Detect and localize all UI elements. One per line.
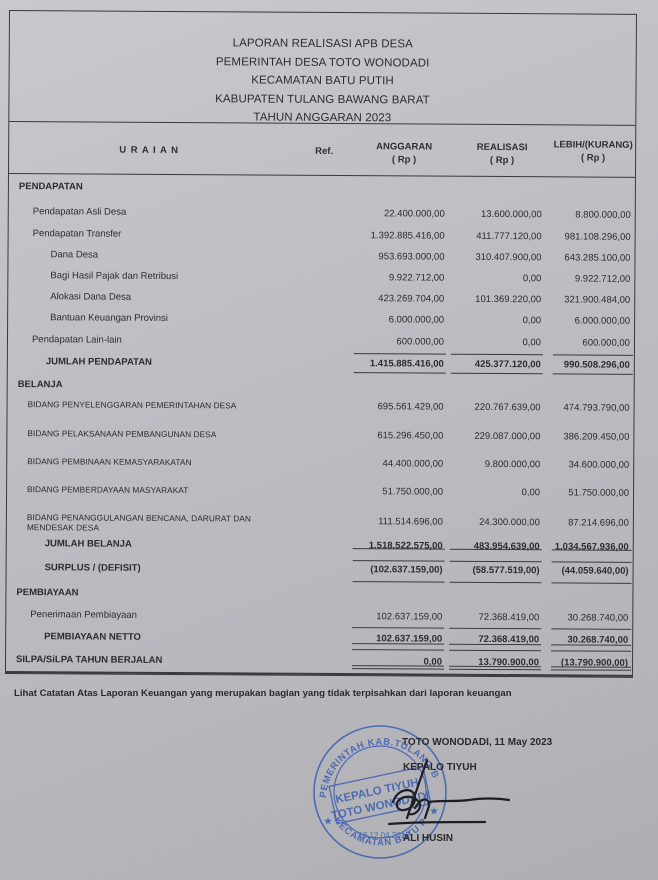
- cell-realisasi: 0,00: [522, 337, 541, 348]
- cell-anggaran: 953.693.000,00: [378, 251, 444, 262]
- signature-place-date: TOTO WONODADI, 11 May 2023: [402, 737, 552, 748]
- header-realisasi: REALISASI ( Rp ): [457, 141, 547, 168]
- total-row: JUMLAH PENDAPATAN1.415.885.416,00425.377…: [8, 356, 634, 360]
- cell-lebih: 30.268.740,00: [567, 612, 628, 623]
- header-lebih-unit: ( Rp ): [547, 151, 639, 165]
- total-underline: [451, 354, 543, 356]
- section-header-row: PENDAPATAN: [9, 181, 635, 185]
- total-underline: [553, 354, 633, 355]
- row-label: Pendapatan Asli Desa: [33, 206, 127, 218]
- total-row: SILPA/SiLPA TAHUN BERJALAN0,0013.790.900…: [6, 654, 632, 658]
- cell-anggaran: 44.400.000,00: [382, 458, 443, 469]
- cell-lebih: 34.600.000,00: [568, 459, 629, 470]
- total-underline: [352, 649, 444, 651]
- cell-realisasi: 24.300.000,00: [479, 517, 540, 528]
- row-label: SURPLUS / (DEFISIT): [45, 562, 141, 574]
- cell-anggaran: 111.514.696,00: [378, 516, 443, 527]
- table-row: BIDANG PENYELENGGARAN PEMERINTAHAN DESA6…: [8, 399, 634, 403]
- cell-realisasi: 310.407.900,00: [475, 252, 541, 263]
- report-table-body: PENDAPATANPendapatan Asli Desa22.400.000…: [10, 11, 636, 15]
- total-underline: [551, 650, 631, 651]
- total-row: PEMBIAYAAN NETTO102.637.159,0072.368.419…: [6, 631, 632, 635]
- header-realisasi-unit: ( Rp ): [457, 154, 547, 168]
- cell-lebih: 9.922.712,00: [575, 273, 631, 284]
- cell-anggaran: 600.000,00: [396, 336, 444, 347]
- cell-lebih: 321.900.484,00: [564, 294, 630, 305]
- cell-lebih: 474.793.790,00: [563, 402, 629, 413]
- cell-realisasi: (58.577.519,00): [472, 565, 539, 576]
- row-label: Penerimaan Pembiayaan: [30, 609, 137, 621]
- total-underline: [450, 582, 542, 584]
- table-row: Penerimaan Pembiayaan102.637.159,0072.36…: [6, 609, 632, 613]
- total-underline: [352, 668, 444, 670]
- cell-realisasi: 0,00: [523, 273, 542, 284]
- total-underline: [449, 650, 541, 652]
- total-underline: [552, 561, 632, 562]
- table-row: Alokasi Dana Desa423.269.704,00101.369.2…: [8, 291, 634, 295]
- cell-anggaran: 615.296.450,00: [377, 430, 443, 441]
- cell-lebih: 600.000,00: [582, 338, 630, 349]
- row-label: JUMLAH PENDAPATAN: [46, 356, 152, 368]
- row-label: JUMLAH BELANJA: [45, 538, 132, 550]
- cell-lebih: 87.214.696,00: [568, 517, 629, 528]
- row-label: SILPA/SiLPA TAHUN BERJALAN: [16, 654, 162, 666]
- cell-lebih: 981.108.296,00: [565, 231, 631, 242]
- total-underline: [352, 643, 444, 645]
- header-anggaran-unit: ( Rp ): [359, 153, 449, 167]
- total-underline: [354, 353, 446, 355]
- total-underline: [352, 627, 444, 629]
- cell-lebih: 643.285.100,00: [564, 252, 630, 263]
- cell-lebih: (44.059.640,00): [561, 565, 628, 576]
- total-underline: [354, 372, 446, 374]
- cell-anggaran: 22.400.000,00: [384, 208, 445, 219]
- row-label: PEMBIAYAAN NETTO: [44, 631, 141, 643]
- cell-realisasi: 229.087.000,00: [474, 431, 540, 442]
- header-uraian: U R A I A N: [89, 143, 209, 157]
- total-underline: [551, 644, 631, 645]
- row-label: BIDANG PELAKSANAAN PEMBANGUNAN DESA: [27, 428, 216, 439]
- cell-realisasi: 101.369.220,00: [475, 294, 541, 305]
- table-row: Pendapatan Asli Desa22.400.000,0013.600.…: [9, 206, 635, 210]
- header-lebih-kurang: LEBIH/(KURANG) ( Rp ): [547, 138, 639, 165]
- row-label: PENDAPATAN: [19, 181, 83, 192]
- header-anggaran: ANGGARAN ( Rp ): [359, 140, 449, 167]
- report-title: LAPORAN REALISASI APB DESA PEMERINTAH DE…: [9, 33, 636, 129]
- row-label: BELANJA: [18, 379, 63, 390]
- total-underline: [551, 669, 631, 670]
- row-label: PEMBIAYAAN: [16, 587, 78, 598]
- cell-anggaran: 423.269.704,00: [378, 293, 444, 304]
- cell-anggaran: 695.561.429,00: [378, 401, 444, 412]
- cell-anggaran: 1.415.885.416,00: [370, 358, 444, 369]
- cell-anggaran: 1.518.522.575,00: [369, 540, 443, 551]
- total-underline: [551, 628, 631, 629]
- table-row: Dana Desa953.693.000,00310.407.900,00643…: [9, 249, 635, 253]
- table-row: Bagi Hasil Pajak dan Retribusi9.922.712,…: [8, 270, 634, 274]
- table-row: Pendapatan Transfer1.392.885.416,00411.7…: [9, 228, 635, 232]
- cell-lebih: 1.034.567.936,00: [555, 541, 629, 552]
- cell-anggaran: 102.637.159,00: [376, 611, 442, 622]
- cell-lebih: 51.750.000,00: [568, 487, 629, 498]
- table-row: BIDANG PEMBERDAYAAN MASYARAKAT51.750.000…: [7, 484, 633, 488]
- row-label: Alokasi Dana Desa: [50, 291, 131, 302]
- row-label: BIDANG PEMBERDAYAAN MASYARAKAT: [27, 484, 188, 495]
- total-underline: [553, 373, 633, 374]
- cell-lebih: 386.209.450,00: [563, 431, 629, 442]
- header-ref: Ref.: [304, 145, 344, 158]
- section-header-row: PEMBIAYAAN: [6, 587, 632, 591]
- table-row: Pendapatan Lain-lain600.000,000,00600.00…: [8, 334, 634, 338]
- header-lebih-label: LEBIH/(KURANG): [547, 138, 639, 152]
- cell-anggaran: 1.392.885.416,00: [371, 230, 445, 241]
- total-underline: [353, 581, 445, 583]
- column-header-divider: [9, 173, 635, 178]
- cell-realisasi: 0,00: [523, 315, 542, 326]
- cell-lebih: 8.800.000,00: [575, 209, 631, 220]
- cell-lebih: 990.508.296,00: [564, 359, 630, 370]
- total-underline: [353, 560, 445, 562]
- cell-anggaran: 6.000.000,00: [389, 314, 445, 325]
- cell-realisasi: 9.800.000,00: [485, 459, 541, 470]
- cell-anggaran: 51.750.000,00: [382, 486, 443, 497]
- cell-anggaran: 9.922.712,00: [389, 272, 445, 283]
- header-realisasi-label: REALISASI: [457, 141, 547, 155]
- total-underline: [451, 373, 543, 375]
- total-row: JUMLAH BELANJA1.518.522.575,00483.954.63…: [7, 538, 633, 542]
- cell-realisasi: 425.377.120,00: [475, 359, 541, 370]
- row-label: Bantuan Keuangan Provinsi: [50, 312, 168, 324]
- cell-realisasi: 220.767.639,00: [475, 402, 541, 413]
- total-row: SURPLUS / (DEFISIT)(102.637.159,00)(58.5…: [7, 562, 633, 566]
- cell-realisasi: 0,00: [522, 487, 541, 498]
- cell-anggaran: (102.637.159,00): [370, 564, 442, 575]
- table-bottom-border: [6, 671, 632, 677]
- cell-realisasi: 483.954.639,00: [474, 541, 540, 552]
- table-row: BIDANG PEMBINAAN KEMASYARAKATAN44.400.00…: [7, 456, 633, 460]
- table-row: BIDANG PENANGGULANGAN BENCANA, DARURAT D…: [7, 512, 633, 516]
- handwritten-signature: [385, 752, 515, 842]
- row-label: Pendapatan Lain-lain: [32, 334, 122, 346]
- total-underline: [450, 561, 542, 563]
- total-underline: [449, 628, 541, 630]
- row-label: BIDANG PENYELENGGARAN PEMERINTAHAN DESA: [28, 399, 237, 410]
- table-row: Bantuan Keuangan Provinsi6.000.000,000,0…: [8, 312, 634, 316]
- header-anggaran-label: ANGGARAN: [359, 140, 449, 154]
- stamp-star-left: ★: [324, 816, 333, 826]
- row-label-continued: MENDESAK DESA: [27, 522, 99, 532]
- cell-realisasi: 411.777.120,00: [476, 231, 541, 242]
- table-row: BIDANG PELAKSANAAN PEMBANGUNAN DESA615.2…: [7, 428, 633, 432]
- footnote: Lihat Catatan Atas Laporan Keuangan yang…: [14, 688, 512, 699]
- row-label: Bagi Hasil Pajak dan Retribusi: [50, 270, 178, 282]
- report-frame: LAPORAN REALISASI APB DESA PEMERINTAH DE…: [5, 10, 637, 678]
- total-underline: [449, 669, 541, 671]
- cell-realisasi: 13.600.000,00: [481, 209, 542, 220]
- row-label: BIDANG PEMBINAAN KEMASYARAKATAN: [27, 456, 191, 467]
- total-underline: [352, 665, 444, 667]
- total-underline: [552, 582, 632, 583]
- cell-lebih: 6.000.000,00: [575, 315, 631, 326]
- title-line-5: TAHUN ANGGARAN 2023: [9, 107, 635, 129]
- section-header-row: BELANJA: [8, 379, 634, 383]
- total-underline: [449, 644, 541, 646]
- row-label: Pendapatan Transfer: [33, 228, 122, 240]
- row-label: Dana Desa: [50, 249, 98, 260]
- cell-realisasi: 72.368.419,00: [478, 612, 539, 623]
